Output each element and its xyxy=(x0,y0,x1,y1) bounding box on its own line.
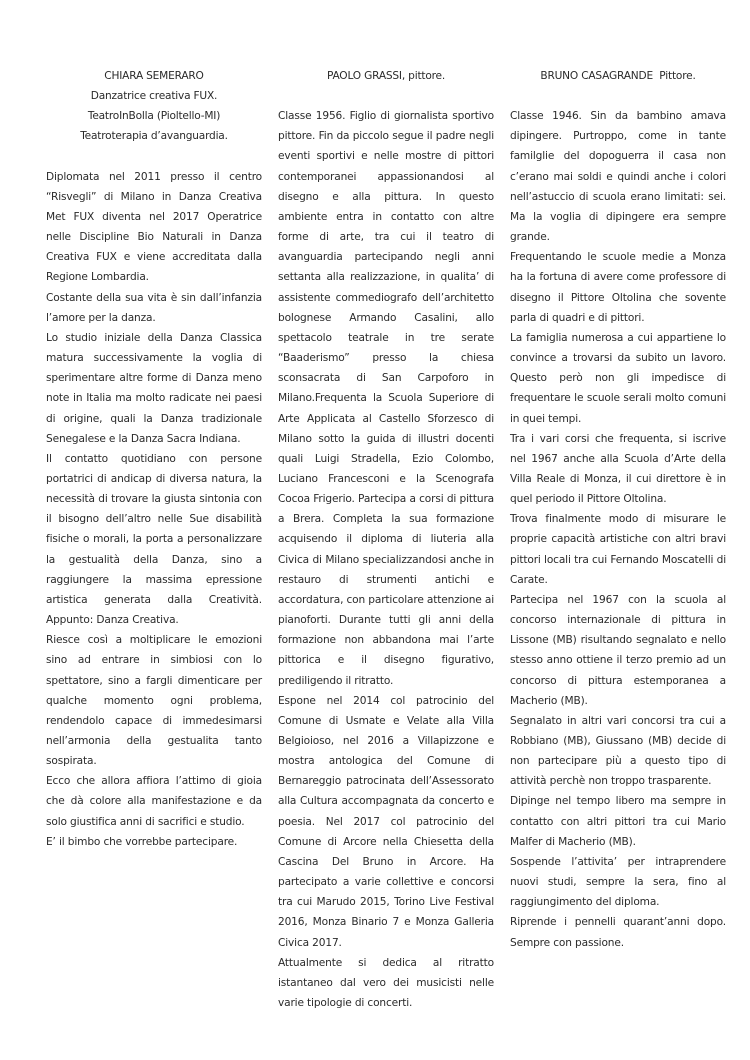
bio-paragraph: La famiglia numerosa a cui appartiene lo… xyxy=(510,328,726,429)
bio-paragraph: Sospende l’attivita’ per intraprendere n… xyxy=(510,852,726,912)
bio-paragraph: Classe 1946. Sin da bambino amava diping… xyxy=(510,106,726,247)
bio-paragraph: Il contatto quotidiano con persone porta… xyxy=(46,449,262,630)
bio-name: PAOLO GRASSI, pittore. xyxy=(278,66,494,86)
bio-paragraph: Espone nel 2014 col patrocinio del Comun… xyxy=(278,691,494,953)
bio-column-paolo-grassi: PAOLO GRASSI, pittore. Classe 1956. Figl… xyxy=(278,66,494,1013)
bio-paragraph: Partecipa nel 1967 con la scuola al conc… xyxy=(510,590,726,711)
bio-paragraph: Attualmente si dedica al ritratto istant… xyxy=(278,953,494,1013)
bio-paragraph: E’ il bimbo che vorrebbe partecipare. xyxy=(46,832,262,852)
bio-column-bruno-casagrande: BRUNO CASAGRANDE Pittore. Classe 1946. S… xyxy=(510,66,726,953)
bio-paragraph: Costante della sua vita è sin dall’infan… xyxy=(46,288,262,328)
bio-affiliation: TeatroInBolla (Pioltello-MI) xyxy=(46,106,262,126)
bio-role: Danzatrice creativa FUX. xyxy=(46,86,262,106)
bio-paragraph: Diplomata nel 2011 presso il centro “Ris… xyxy=(46,167,262,288)
bio-paragraph: Riprende i pennelli quarant’anni dopo. S… xyxy=(510,912,726,952)
bio-paragraph: Classe 1956. Figlio di giornalista sport… xyxy=(278,106,494,691)
bio-paragraph: Trova finalmente modo di misurare le pro… xyxy=(510,509,726,590)
bio-paragraph: Segnalato in altri vari concorsi tra cui… xyxy=(510,711,726,792)
bio-paragraph: Frequentando le scuole medie a Monza ha … xyxy=(510,247,726,328)
bio-paragraph: Tra i vari corsi che frequenta, si iscri… xyxy=(510,429,726,510)
bio-paragraph: Riesce così a moltiplicare le emozioni s… xyxy=(46,630,262,771)
bio-name: CHIARA SEMERARO xyxy=(46,66,262,86)
bio-paragraph: Lo studio iniziale della Danza Classica … xyxy=(46,328,262,449)
bio-paragraph: Ecco che allora affiora l’attimo di gioi… xyxy=(46,771,262,831)
bio-column-chiara-semeraro: CHIARA SEMERARO Danzatrice creativa FUX.… xyxy=(46,66,262,852)
bio-specialty: Teatroterapia d’avanguardia. xyxy=(46,126,262,146)
bio-paragraph: Dipinge nel tempo libero ma sempre in co… xyxy=(510,791,726,851)
bio-name: BRUNO CASAGRANDE Pittore. xyxy=(510,66,726,86)
